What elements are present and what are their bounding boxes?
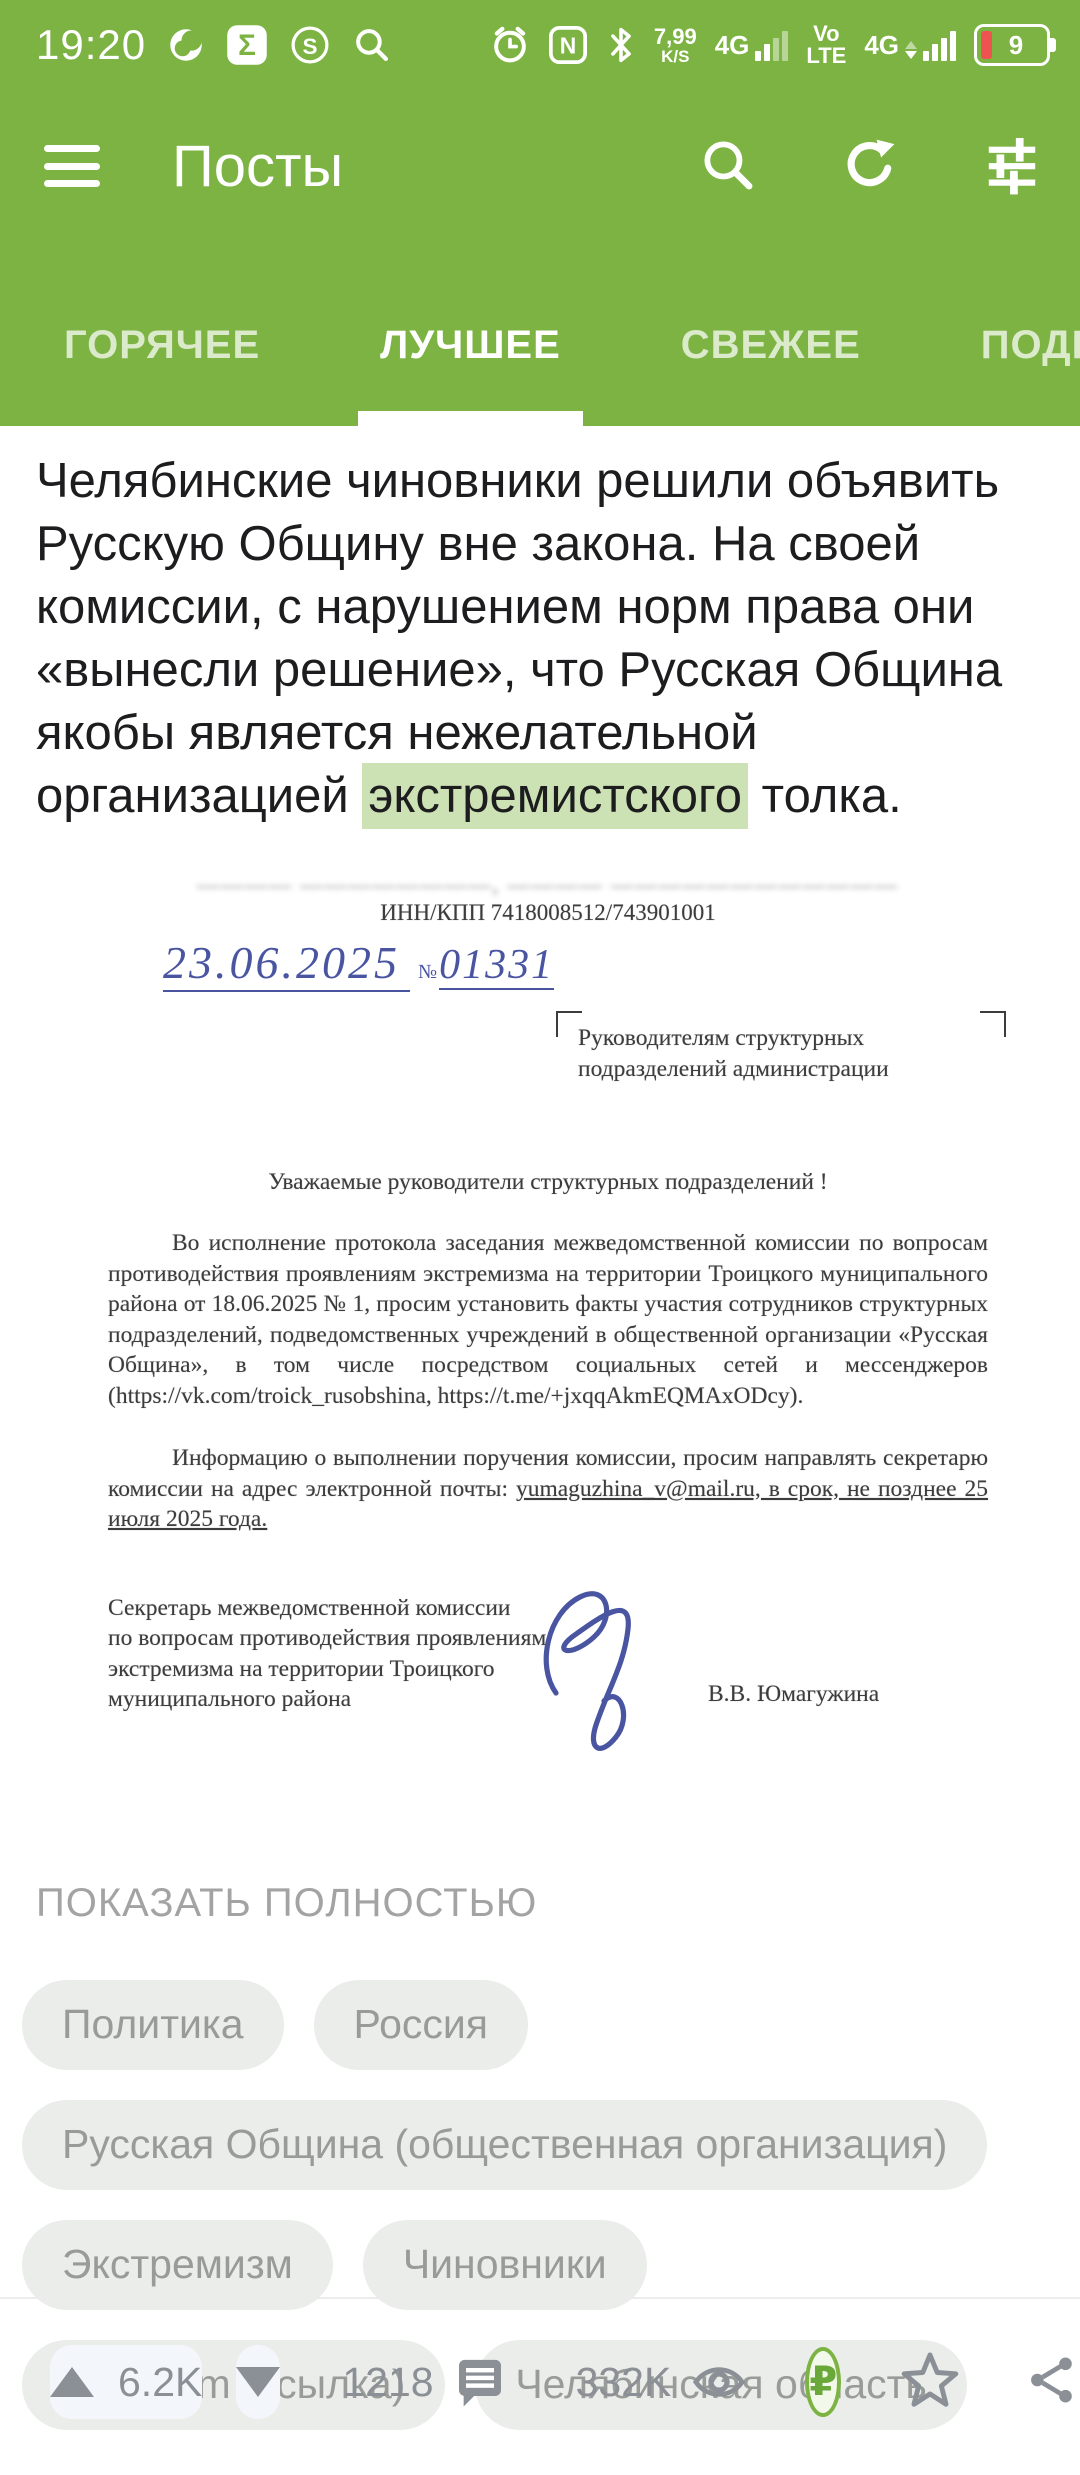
phone-screen: 19:20 Σ S bbox=[0, 0, 1080, 2475]
refresh-icon[interactable] bbox=[842, 137, 900, 195]
save-star-button[interactable] bbox=[899, 2350, 961, 2415]
tab-subscriptions[interactable]: ПОДПИСКИ bbox=[967, 323, 1080, 426]
volte-indicator: Vo LTE bbox=[806, 23, 846, 67]
document-blurred-line: ―――― ――――――――, ―――― ―――――――――――― bbox=[108, 872, 988, 898]
donate-ruble-button[interactable]: ₽ bbox=[805, 2347, 841, 2417]
post-line: «вынесли решение», что Русская Община bbox=[36, 639, 1044, 702]
signal-sim1: 4G bbox=[715, 30, 789, 61]
tab-hot[interactable]: ГОРЯЧЕЕ bbox=[50, 323, 274, 426]
document-recipient: Руководителям структурных подразделений … bbox=[578, 1023, 978, 1085]
tab-bar: ГОРЯЧЕЕ ЛУЧШЕЕ СВЕЖЕЕ ПОДПИСКИ bbox=[0, 242, 1080, 426]
search-status-icon bbox=[352, 25, 392, 65]
alarm-icon bbox=[490, 25, 530, 65]
highlighted-word: экстремистского bbox=[362, 763, 748, 829]
downvote-arrow-icon bbox=[236, 2367, 280, 2397]
page-title: Посты bbox=[172, 133, 343, 200]
post-line: комиссии, с нарушением норм права они bbox=[36, 576, 1044, 639]
status-bar: 19:20 Σ S bbox=[0, 0, 1080, 90]
post-action-bar: 6.2K 1218 332K ₽ bbox=[0, 2297, 1080, 2475]
signal-sim2: 4G bbox=[864, 30, 956, 61]
document-handwritten-date: 23.06.2025№01331 bbox=[163, 936, 988, 989]
network-speed: 7,99 K/S bbox=[654, 26, 697, 65]
tag-chinovniki[interactable]: Чиновники bbox=[363, 2220, 647, 2310]
post-line: организацией экстремистского толка. bbox=[36, 765, 1044, 828]
document-paragraph-2: Информацию о выполнении поручения комисс… bbox=[108, 1443, 988, 1535]
nfc-icon: N bbox=[548, 25, 588, 65]
eye-icon bbox=[689, 2356, 749, 2408]
tag-rossiya[interactable]: Россия bbox=[314, 1980, 528, 2070]
views-count: 332K bbox=[576, 2359, 672, 2406]
bluetooth-icon bbox=[606, 24, 636, 66]
menu-icon[interactable] bbox=[44, 145, 100, 187]
document-inn-line: ИНН/КПП 7418008512/743901001 bbox=[108, 900, 988, 926]
upvote-count: 6.2K bbox=[118, 2359, 202, 2406]
attached-document-image[interactable]: ―――― ――――――――, ―――― ―――――――――――― ИНН/КПП… bbox=[108, 872, 988, 1803]
tab-fresh[interactable]: СВЕЖЕЕ bbox=[667, 323, 875, 426]
svg-text:S: S bbox=[303, 34, 318, 59]
share-button[interactable] bbox=[1025, 2352, 1079, 2413]
post-body-text: Челябинские чиновники решили объявить Ру… bbox=[0, 426, 1080, 828]
search-icon[interactable] bbox=[700, 137, 758, 195]
post-line: якобы является нежелательной bbox=[36, 702, 1044, 765]
skype-app-icon: S bbox=[290, 25, 330, 65]
signature-icon bbox=[528, 1569, 678, 1769]
battery-indicator: 9 bbox=[974, 24, 1050, 66]
svg-text:N: N bbox=[560, 33, 577, 59]
share-icon bbox=[1025, 2352, 1079, 2408]
upvote-button[interactable]: 6.2K bbox=[50, 2345, 202, 2419]
views-counter: 332K bbox=[576, 2356, 750, 2408]
downvote-button[interactable] bbox=[236, 2345, 280, 2419]
star-icon bbox=[899, 2350, 961, 2410]
show-full-link[interactable]: ПОКАЗАТЬ ПОЛНОСТЬЮ bbox=[36, 1881, 1044, 1926]
tag-politika[interactable]: Политика bbox=[22, 1980, 284, 2070]
tune-filter-icon[interactable] bbox=[984, 137, 1040, 195]
svg-text:Σ: Σ bbox=[238, 29, 256, 62]
document-greeting: Уважаемые руководители структурных подра… bbox=[108, 1169, 988, 1196]
comment-icon bbox=[452, 2354, 508, 2410]
post-line: Челябинские чиновники решили объявить bbox=[36, 450, 1044, 513]
upvote-arrow-icon bbox=[50, 2367, 94, 2397]
document-signature-block: Секретарь межведомственной комиссии по в… bbox=[108, 1593, 988, 1803]
app-bar: Посты bbox=[0, 90, 1080, 242]
document-paragraph-1: Во исполнение протокола заседания межвед… bbox=[108, 1228, 988, 1411]
sigma-app-icon: Σ bbox=[226, 24, 268, 66]
tag-russkaya-obshchina[interactable]: Русская Община (общественная организация… bbox=[22, 2100, 987, 2190]
post-line: Русскую Общину вне закона. На своей bbox=[36, 513, 1044, 576]
comments-button[interactable]: 1218 bbox=[342, 2354, 507, 2410]
comments-count: 1218 bbox=[342, 2359, 433, 2406]
tag-ekstremizm[interactable]: Экстремизм bbox=[22, 2220, 333, 2310]
notification-app-icon bbox=[168, 27, 204, 63]
clock-time: 19:20 bbox=[36, 21, 146, 69]
document-signer-name: В.В. Юмагужина bbox=[708, 1681, 879, 1708]
tab-best[interactable]: ЛУЧШЕЕ bbox=[366, 323, 575, 426]
